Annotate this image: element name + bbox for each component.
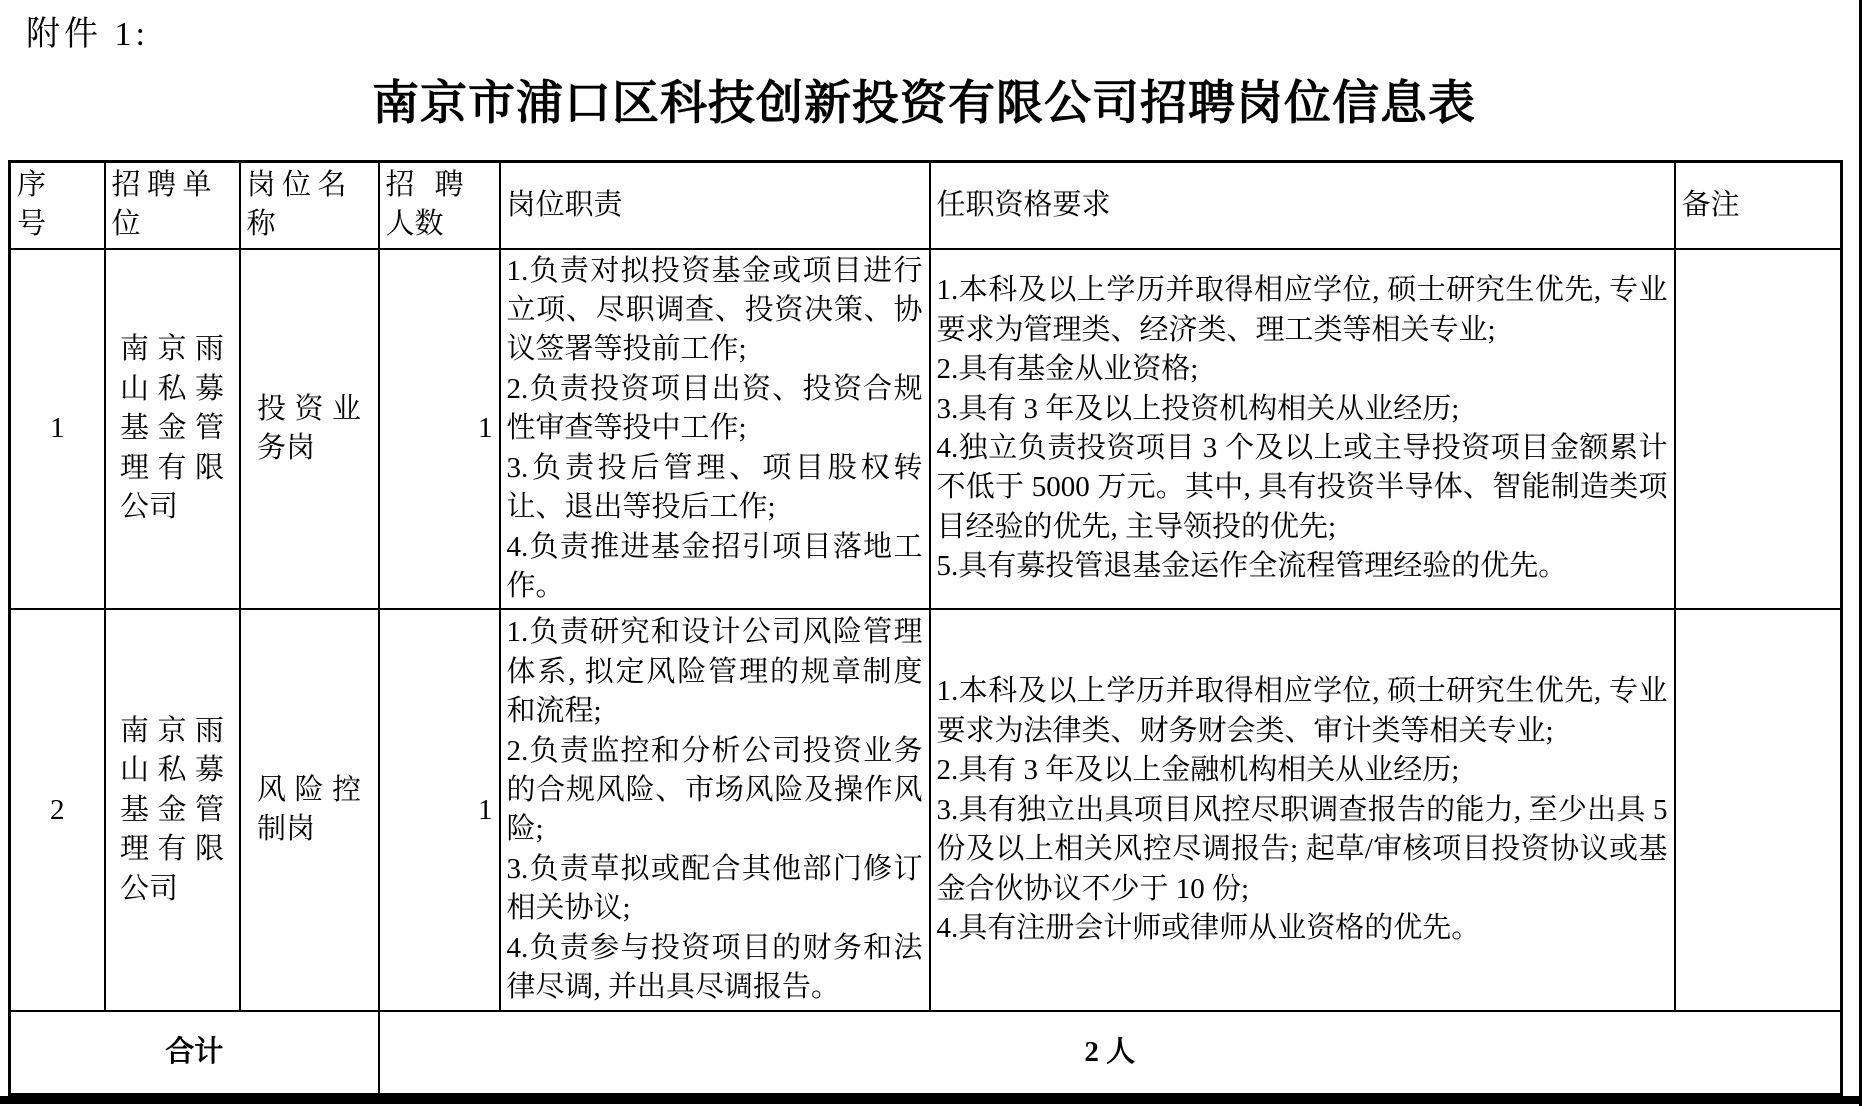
recruitment-table: 序号 招聘单位 岗位名称 招聘人数 岗位职责 任职资格要求 备注 1 南京雨山私… bbox=[8, 160, 1843, 1096]
cell-requirements: 1.本科及以上学历并取得相应学位, 硕士研究生优先, 专业要求为管理类、经济类、… bbox=[930, 249, 1675, 610]
cell-duties: 1.负责研究和设计公司风险管理体系, 拟定风险管理的规章制度和流程; 2.负责监… bbox=[500, 609, 930, 1011]
total-value-cell: 2 人 bbox=[379, 1011, 1842, 1094]
column-header-remark: 备注 bbox=[1675, 162, 1842, 249]
page-edge-bottom bbox=[0, 1096, 1862, 1104]
column-header-position: 岗位名称 bbox=[240, 162, 379, 249]
column-header-duties: 岗位职责 bbox=[500, 162, 930, 249]
cell-employer: 南京雨山私募基金管理有限公司 bbox=[105, 609, 240, 1011]
cell-position: 投资业务岗 bbox=[240, 249, 379, 610]
page-title: 南京市浦口区科技创新投资有限公司招聘岗位信息表 bbox=[0, 66, 1848, 133]
column-header-requirements: 任职资格要求 bbox=[930, 162, 1675, 249]
column-header-headcount: 招聘人数 bbox=[379, 162, 500, 249]
cell-headcount: 1 bbox=[379, 609, 500, 1011]
cell-position: 风险控制岗 bbox=[240, 609, 379, 1011]
total-label-cell: 合计 bbox=[10, 1011, 379, 1094]
attachment-label: 附件 1: bbox=[26, 6, 149, 55]
header-row: 序号 招聘单位 岗位名称 招聘人数 岗位职责 任职资格要求 备注 bbox=[10, 162, 1842, 249]
table-row: 1 南京雨山私募基金管理有限公司 投资业务岗 1 1.负责对拟投资基金或项目进行… bbox=[10, 249, 1842, 610]
table-row: 2 南京雨山私募基金管理有限公司 风险控制岗 1 1.负责研究和设计公司风险管理… bbox=[10, 609, 1842, 1011]
cell-duties: 1.负责对拟投资基金或项目进行立项、尽职调查、投资决策、协议签署等投前工作; 2… bbox=[500, 249, 930, 610]
cell-remark bbox=[1675, 249, 1842, 610]
cell-employer: 南京雨山私募基金管理有限公司 bbox=[105, 249, 240, 610]
cell-remark bbox=[1675, 609, 1842, 1011]
cell-headcount: 1 bbox=[379, 249, 500, 610]
total-row: 合计 2 人 bbox=[10, 1011, 1842, 1094]
cell-no: 2 bbox=[10, 609, 105, 1011]
column-header-employer: 招聘单位 bbox=[105, 162, 240, 249]
cell-no: 1 bbox=[10, 249, 105, 610]
cell-requirements: 1.本科及以上学历并取得相应学位, 硕士研究生优先, 专业要求为法律类、财务财会… bbox=[930, 609, 1675, 1011]
column-header-no: 序号 bbox=[10, 162, 105, 249]
